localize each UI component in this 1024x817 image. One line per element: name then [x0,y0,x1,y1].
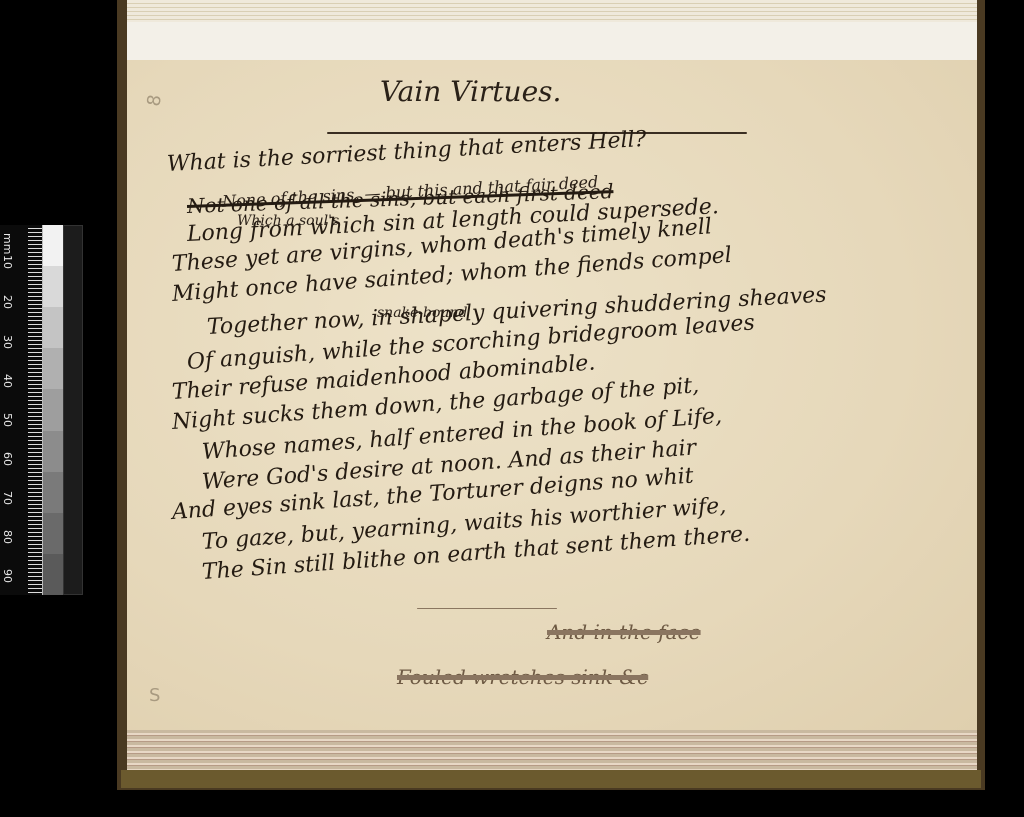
cancelled-line: Fouled wretches sink &c [397,665,768,689]
grayscale-calibration-strip [43,225,63,595]
grayscale-patch [43,431,63,472]
poem-line: What is the sorriest thing that enters H… [166,127,647,177]
grayscale-patch [43,225,63,266]
ruler-unit-label: mm [1,233,14,254]
margin-folio-note: 8 [143,93,166,108]
ruler-ticks [16,225,42,595]
poem-title: Vain Virtues. [380,75,561,108]
page-edges-bottom [127,730,977,770]
manuscript-page: 8 S Vain Virtues. What is the sorriest t… [127,60,977,730]
ruler-tick-label: 90 [1,569,14,583]
grayscale-patch [43,389,63,430]
ruler-tick-label: 60 [1,452,14,466]
facing-page-strip [127,22,977,60]
ruler-tick-label: 80 [1,530,14,544]
ruler-tick-label: 20 [1,295,14,309]
grayscale-patch [43,554,63,595]
ruler-tick-label: 30 [1,335,14,349]
cancelled-line: And in the face [547,620,701,644]
dark-calibration-strip [63,225,83,595]
book-cover-edge [121,770,981,788]
ruler-tick-label: 50 [1,413,14,427]
grayscale-patch [43,266,63,307]
ruler-tick-label: 10 [1,255,14,269]
ruler-tick-label: 40 [1,374,14,388]
section-divider [417,608,557,609]
page-edges-top [127,0,977,22]
grayscale-patch [43,307,63,348]
manuscript-book: 8 S Vain Virtues. What is the sorriest t… [117,0,985,790]
measurement-ruler: mm 10 20 30 40 50 60 70 80 90 [0,225,43,595]
margin-pencil-mark: S [149,685,160,706]
grayscale-patch [43,472,63,513]
grayscale-patch [43,513,63,554]
ruler-tick-label: 70 [1,491,14,505]
grayscale-patch [43,348,63,389]
